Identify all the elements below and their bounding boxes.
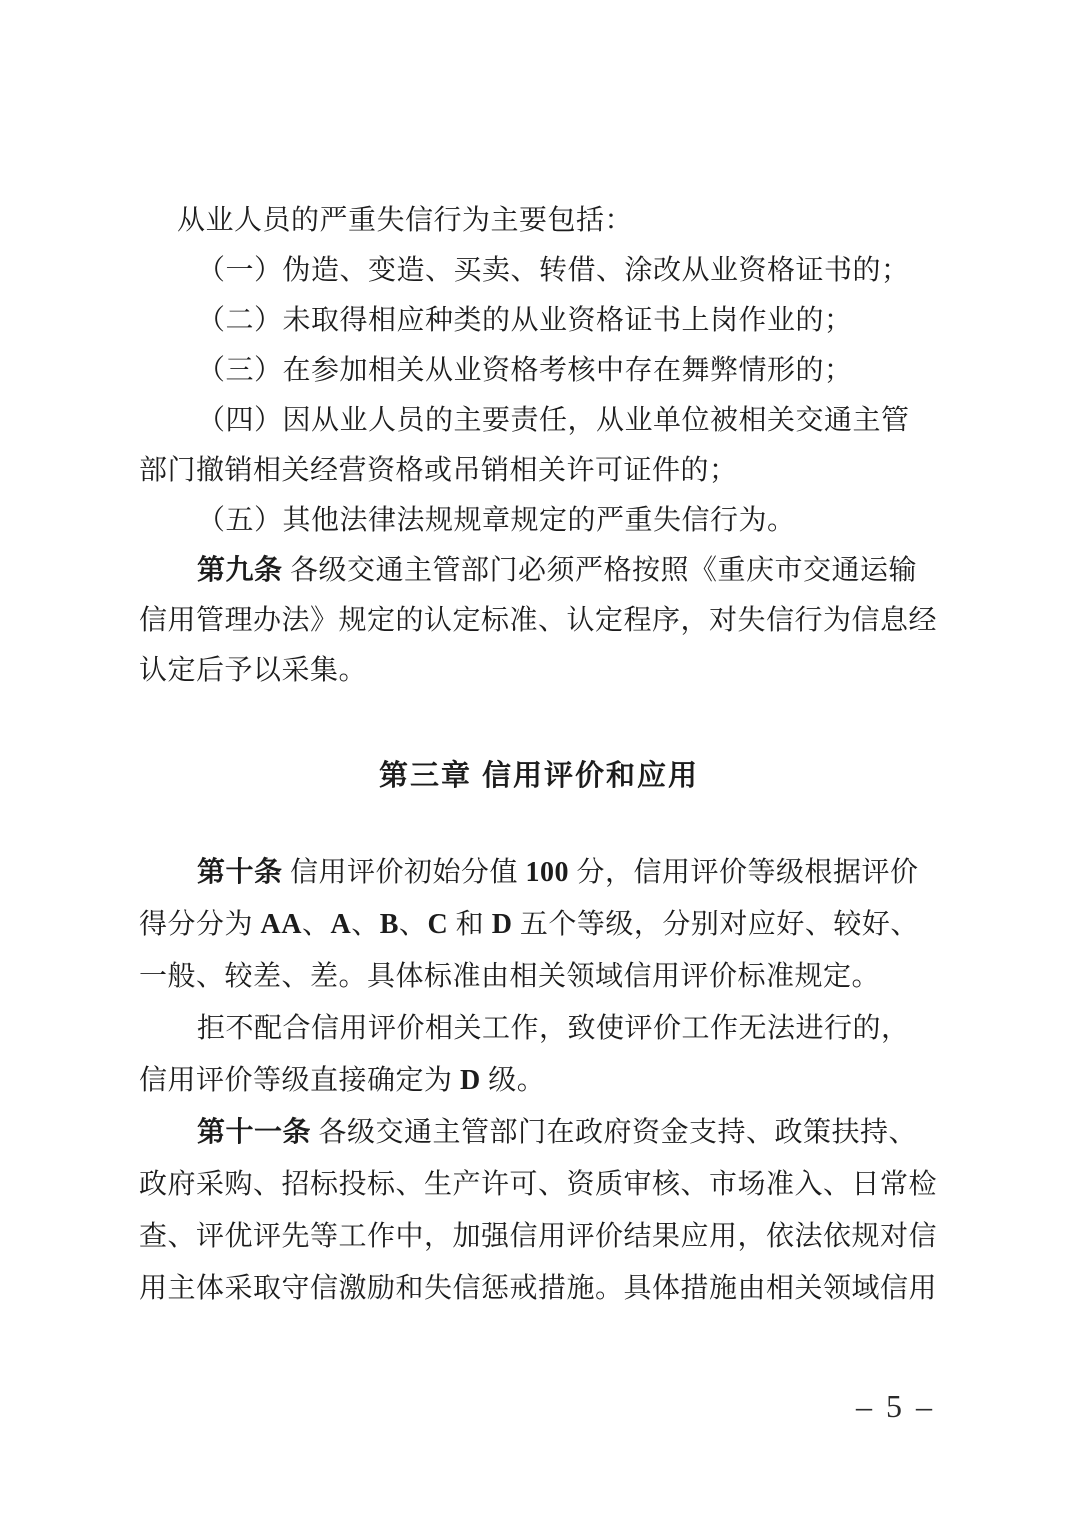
text-line: 第十条 信用评价初始分值 100 分，信用评价等级根据评价 [139,847,939,899]
text-line: （四）因从业人员的主要责任，从业单位被相关交通主管 [139,396,939,446]
text-line: 部门撤销相关经营资格或吊销相关许可证件的； [139,446,939,496]
body-text: 从业人员的严重失信行为主要包括：（一）伪造、变造、买卖、转借、涂改从业资格证书的… [139,196,939,1315]
text-segment: 各级交通主管部门在政府资金支持、政策扶持、 [311,1117,917,1148]
text-segment: 第十条 [197,857,283,888]
text-segment: （二）未取得相应种类的从业资格证书上岗作业的； [197,305,853,336]
text-line: 信用评价等级直接确定为 D 级。 [139,1055,939,1107]
text-segment: 和 [448,909,492,940]
chapter-heading: 第三章 信用评价和应用 [139,751,939,801]
text-segment: 信用评价等级直接确定为 [139,1065,460,1096]
text-segment: D [492,909,513,940]
text-segment: C [427,909,448,940]
text-segment: 各级交通主管部门必须严格按照《重庆市交通运输 [283,555,918,586]
text-segment: 、 [399,909,428,940]
text-segment: 分，信用评价等级根据评价 [569,857,919,888]
text-segment: 一般、较差、差。具体标准由相关领域信用评价标准规定。 [139,961,880,992]
text-segment: （五）其他法律法规规章规定的严重失信行为。 [197,505,796,536]
section-post-heading: 第十条 信用评价初始分值 100 分，信用评价等级根据评价得分分为 AA、A、B… [139,847,939,1315]
text-line: 得分分为 AA、A、B、C 和 D 五个等级，分别对应好、较好、 [139,899,939,951]
text-segment: 第十一条 [197,1117,311,1148]
text-line: 从业人员的严重失信行为主要包括： [139,196,939,246]
text-segment: （三）在参加相关从业资格考核中存在舞弊情形的； [197,355,853,386]
text-line: 用主体采取守信激励和失信惩戒措施。具体措施由相关领域信用 [139,1263,939,1315]
text-segment: 、 [302,909,331,940]
text-segment: 级。 [481,1065,546,1096]
text-segment: 政府采购、招标投标、生产许可、资质审核、市场准入、日常检 [139,1169,937,1200]
text-segment: 部门撤销相关经营资格或吊销相关许可证件的； [139,455,738,486]
text-line: （五）其他法律法规规章规定的严重失信行为。 [139,496,939,546]
text-segment: A [330,909,351,940]
text-segment: 五个等级，分别对应好、较好、 [512,909,919,940]
text-segment: AA [261,909,302,940]
text-segment: 查、评优评先等工作中，加强信用评价结果应用，依法依规对信 [139,1221,937,1252]
text-line: 查、评优评先等工作中，加强信用评价结果应用，依法依规对信 [139,1211,939,1263]
text-segment: 从业人员的严重失信行为主要包括： [177,205,633,236]
page-number: – 5 – [856,1388,935,1425]
text-line: 拒不配合信用评价相关工作，致使评价工作无法进行的， [139,1003,939,1055]
text-line: 第十一条 各级交通主管部门在政府资金支持、政策扶持、 [139,1107,939,1159]
text-segment: （一）伪造、变造、买卖、转借、涂改从业资格证书的； [197,255,910,286]
text-segment: 信用评价初始分值 [283,857,526,888]
text-segment: 得分分为 [139,909,261,940]
text-segment: 拒不配合信用评价相关工作，致使评价工作无法进行的， [197,1013,910,1044]
text-segment: D [460,1065,481,1096]
text-line: （二）未取得相应种类的从业资格证书上岗作业的； [139,296,939,346]
text-segment: B [380,909,399,940]
text-segment: 100 [526,857,570,888]
text-line: （三）在参加相关从业资格考核中存在舞弊情形的； [139,346,939,396]
section-pre-heading: 从业人员的严重失信行为主要包括：（一）伪造、变造、买卖、转借、涂改从业资格证书的… [139,196,939,696]
text-segment: 第九条 [197,555,283,586]
text-line: 第九条 各级交通主管部门必须严格按照《重庆市交通运输 [139,546,939,596]
text-line: 一般、较差、差。具体标准由相关领域信用评价标准规定。 [139,951,939,1003]
text-segment: 认定后予以采集。 [139,655,367,686]
document-page: 从业人员的严重失信行为主要包括：（一）伪造、变造、买卖、转借、涂改从业资格证书的… [0,0,1074,1520]
text-segment: 用主体采取守信激励和失信惩戒措施。具体措施由相关领域信用 [139,1273,937,1304]
text-line: （一）伪造、变造、买卖、转借、涂改从业资格证书的； [139,246,939,296]
text-segment: （四）因从业人员的主要责任，从业单位被相关交通主管 [197,405,910,436]
text-line: 政府采购、招标投标、生产许可、资质审核、市场准入、日常检 [139,1159,939,1211]
text-segment: 信用管理办法》规定的认定标准、认定程序，对失信行为信息经 [139,605,937,636]
text-segment: 、 [351,909,380,940]
text-line: 认定后予以采集。 [139,646,939,696]
text-line: 信用管理办法》规定的认定标准、认定程序，对失信行为信息经 [139,596,939,646]
